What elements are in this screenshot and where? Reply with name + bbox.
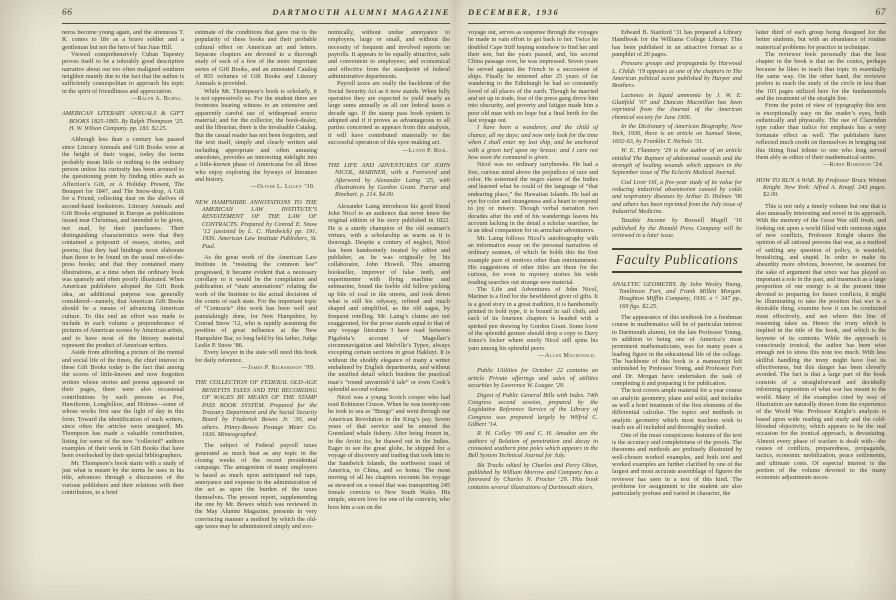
reviewer-byline: —James P. Richardson ’99. <box>195 364 317 371</box>
body-paragraph: Edward B. Stanford ’31 has prepared a Li… <box>612 29 742 58</box>
publication-note: Pressure groups and propaganda by Harwoo… <box>612 60 742 89</box>
book-review-heading: AMERICAN LITERARY ANNUALS & GIFT BOOKS 1… <box>62 110 184 132</box>
text-column: latter third of each group being designe… <box>756 29 886 595</box>
right-page-columns: voyage out, serves as suspense through t… <box>468 29 886 595</box>
text-column: Edward B. Stanford ’31 has prepared a Li… <box>612 29 742 595</box>
reviewer-byline: —Oliver L. Lilley ’30. <box>195 183 317 190</box>
publication-note: R. H. Colley ’09 and C. H. Amadon are th… <box>468 430 598 459</box>
body-paragraph: Payroll taxes are really the backbone of… <box>328 80 450 146</box>
magazine-spread: 66 DARTMOUTH ALUMNI MAGAZINE neros becom… <box>0 0 896 600</box>
faculty-publications-title: Faculty Publications <box>612 248 742 272</box>
reviewer-byline: —Allan Macdonald. <box>468 352 598 359</box>
body-paragraph: Aside from affording a picture of the me… <box>62 349 184 459</box>
book-review-heading: THE COLLECTION OF FEDERAL OLD-AGE BENEFI… <box>195 379 317 438</box>
publication-note: Ski Tracks edited by Charles and Percy O… <box>468 462 598 491</box>
body-paragraph: The appearance of this textbook for a fr… <box>612 314 742 387</box>
reviewer-byline: —Robin Robinson ’24. <box>756 161 886 168</box>
right-page: DECEMBER, 1936 67 voyage out, serves as … <box>452 0 896 600</box>
publication-note: Cod Liver Oil, a five-year study of its … <box>612 179 742 216</box>
body-paragraph: The subject of Federal payroll taxes gen… <box>195 442 317 530</box>
body-paragraph: Nicol was no ordinary tarrybreeks. He ha… <box>468 161 598 234</box>
right-running-head: DECEMBER, 1936 67 <box>468 7 886 24</box>
body-paragraph: Viewed comprehensively Cuban Tapestry pr… <box>62 51 184 95</box>
text-column: neros become young again, and the strenu… <box>62 29 184 595</box>
left-page: 66 DARTMOUTH ALUMNI MAGAZINE neros becom… <box>0 0 452 600</box>
body-paragraph-continued: voyage out, serves as suspense through t… <box>468 29 598 124</box>
publication-note: Lactones in liquid ammonia by J. W. E. G… <box>612 92 742 121</box>
left-page-columns: neros become young again, and the strenu… <box>62 29 450 595</box>
right-page-number: 67 <box>876 8 887 18</box>
body-paragraph: Mr. Thompson’s book starts with a study … <box>62 460 184 497</box>
issue-date: DECEMBER, 1936 <box>468 7 559 17</box>
left-page-number: 66 <box>62 8 73 18</box>
book-review-heading: NEW HAMPSHIRE ANNOTATIONS TO THE AMERICA… <box>195 199 317 250</box>
body-paragraph: Although less than a century has passed … <box>62 136 184 349</box>
magazine-title: DARTMOUTH ALUMNI MAGAZINE <box>272 7 450 17</box>
body-paragraph: Nicol was a young Scotch cooper who had … <box>328 394 450 512</box>
body-paragraph: Every lawyer in the state will need this… <box>195 349 317 364</box>
publication-note: Public Utilities for October 22 contains… <box>468 367 598 389</box>
left-running-head: 66 DARTMOUTH ALUMNI MAGAZINE <box>62 7 450 24</box>
book-review-heading: ANALYTIC GEOMETRY. By John Wesley Young,… <box>612 281 742 310</box>
body-paragraph: While Mr. Thompson’s book is scholarly, … <box>195 88 317 183</box>
text-column: estimate of the conditions that gave ris… <box>195 29 317 595</box>
body-paragraph: The reviewer feels personally that the b… <box>756 51 886 102</box>
body-paragraph-continued: neros become young again, and the strenu… <box>62 29 184 51</box>
body-paragraph: From the point of view of typography thi… <box>756 102 886 161</box>
publication-note: In the Dictionary of American Biography,… <box>612 123 742 145</box>
reviewer-byline: —Ralph A. Burns. <box>62 95 184 102</box>
text-column: nomically, without undue annoyance to em… <box>328 29 450 595</box>
body-paragraph: The Life and Adventures of John Nicol, M… <box>468 286 598 352</box>
reviewer-byline: —Lloyd P. Rick. <box>328 147 450 154</box>
book-review-heading: THE LIFE AND ADVENTURES OF JOHN NICOL, M… <box>328 162 450 199</box>
publication-note: Digest of Public General Bills with Inde… <box>468 392 598 429</box>
publication-note: W. E. Flannery ’29 is the author of an a… <box>612 147 742 176</box>
text-column: voyage out, serves as suspense through t… <box>468 29 598 595</box>
body-paragraph: Alexander Laing introduces his good frie… <box>328 203 450 394</box>
body-paragraph: As the great work of the American Law In… <box>195 254 317 349</box>
body-paragraph: One of the most conspicuous features of … <box>612 432 742 498</box>
body-paragraph: Mr. Laing follows Nicol’s autobiography … <box>468 235 598 286</box>
body-paragraph-continued: estimate of the conditions that gave ris… <box>195 29 317 88</box>
publication-note: Taxable Income by Roswell Magill ’16 pub… <box>612 217 742 239</box>
quoted-passage: I have been a wanderer, and the child of… <box>468 124 598 161</box>
body-paragraph: The text covers ample material for a yea… <box>612 387 742 431</box>
book-review-heading: HOW TO RUN A WAR. By Professor Bruce Win… <box>756 177 886 199</box>
body-paragraph-continued: latter third of each group being designe… <box>756 29 886 51</box>
body-paragraph: This is not only a timely volume but one… <box>756 203 886 482</box>
body-paragraph-continued: nomically, without undue annoyance to em… <box>328 29 450 80</box>
